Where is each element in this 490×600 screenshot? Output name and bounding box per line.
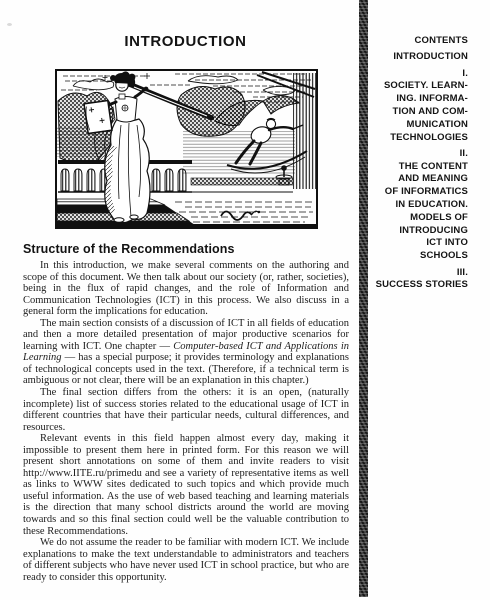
contents-entry: INTRODUCING — [374, 225, 468, 238]
contents-entry: AND MEANING — [374, 173, 468, 186]
contents-entry: MUNICATION — [374, 119, 468, 132]
woodcut-illustration — [55, 69, 318, 229]
scan-artifact — [7, 23, 12, 26]
body-paragraph-1: In this introduction, we make several co… — [23, 260, 349, 318]
contents-sidebar: CONTENTS INTRODUCTION I. SOCIETY. LEARN-… — [374, 35, 468, 292]
body-text: In this introduction, we make several co… — [23, 260, 349, 583]
paragraph-2-post: — has a special purpose; it provides ter… — [23, 352, 349, 386]
woodcut-svg — [55, 69, 318, 229]
body-paragraph-5: We do not assume the reader to be famili… — [23, 537, 349, 583]
contents-entry: TION AND COM- — [374, 106, 468, 119]
contents-entry: OF INFORMATICS — [374, 186, 468, 199]
water-lines — [175, 202, 313, 222]
contents-entry: SUCCESS STORIES — [374, 279, 468, 292]
contents-entry: IN EDUCATION. — [374, 199, 468, 212]
tablet — [84, 100, 112, 133]
contents-entry: THE CONTENT — [374, 161, 468, 174]
contents-entry: MODELS OF — [374, 212, 468, 225]
contents-entry: ING. INFORMA- — [374, 93, 468, 106]
terrace-right — [191, 178, 293, 192]
contents-list: INTRODUCTION I. SOCIETY. LEARN- ING. INF… — [374, 51, 468, 292]
contents-entry: I. — [374, 68, 468, 81]
section-heading: Structure of the Recommendations — [23, 242, 235, 256]
contents-entry: SCHOOLS — [374, 250, 468, 263]
body-paragraph-3: The final section differs from the other… — [23, 387, 349, 433]
scanned-document-page: INTRODUCTION — [0, 0, 490, 600]
page-title: INTRODUCTION — [23, 33, 348, 50]
contents-entry: INTRODUCTION — [374, 51, 468, 64]
contents-entry: II. — [374, 148, 468, 161]
contents-entry: SOCIETY. LEARN- — [374, 80, 468, 93]
contents-entry: III. — [374, 267, 468, 280]
page-edge-bar — [359, 0, 368, 597]
contents-entry: ICT INTO — [374, 237, 468, 250]
body-paragraph-2: The main section consists of a discussio… — [23, 318, 349, 387]
contents-heading: CONTENTS — [374, 35, 468, 48]
contents-entry: TECHNOLOGIES — [374, 132, 468, 145]
body-paragraph-4: Relevant events in this field happen alm… — [23, 433, 349, 537]
